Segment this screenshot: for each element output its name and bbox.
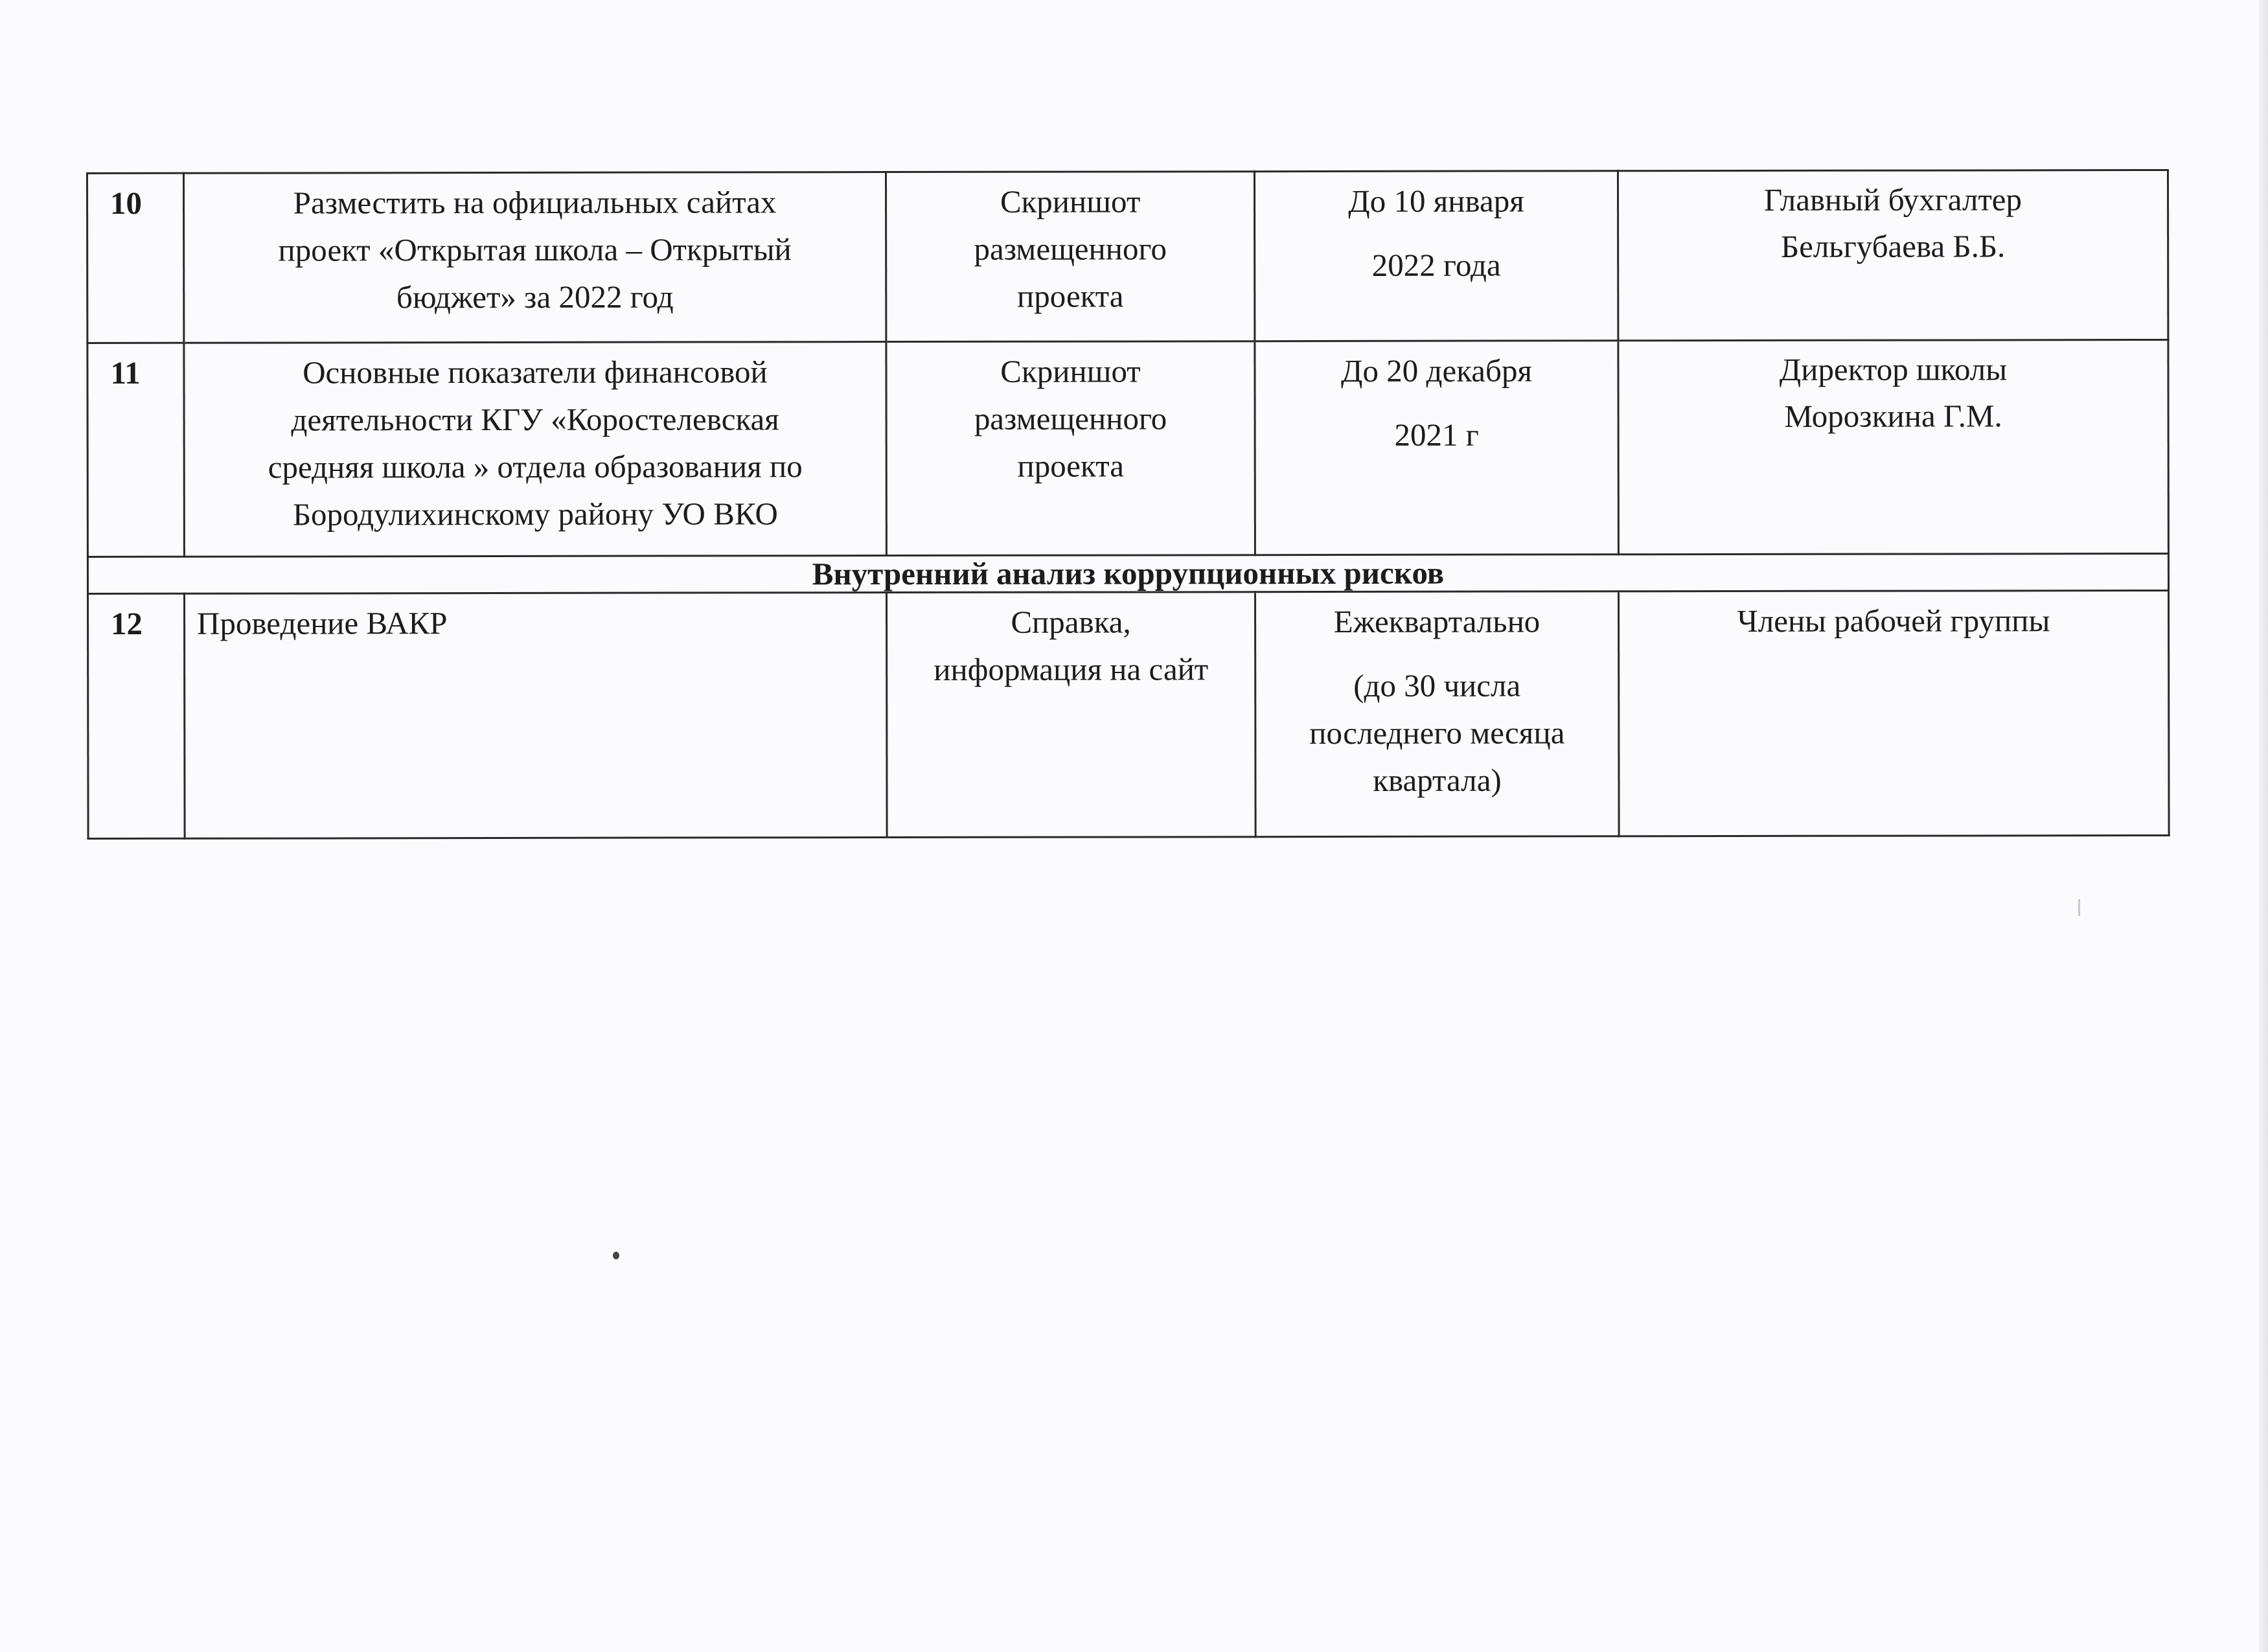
deadline-line: 2022 года <box>1266 241 1607 289</box>
task-line: Бородулихинскому району УО ВКО <box>196 490 875 538</box>
table-row: 12 Проведение ВАКР Справка, информация н… <box>88 590 2170 838</box>
task-line: средняя школа » отдела образования по <box>196 442 875 491</box>
responsible-line: Члены рабочей группы <box>1630 597 2157 645</box>
deadline-line: 2021 г <box>1266 411 1607 459</box>
result-line: Скриншот <box>897 178 1243 225</box>
deadline-line: (до 30 числа <box>1266 661 1607 709</box>
task-cell: Основные показатели финансовой деятельно… <box>184 342 887 557</box>
deadline-cell: До 20 декабря 2021 г <box>1255 341 1619 555</box>
deadline-cell: До 10 января 2022 года <box>1255 171 1618 341</box>
row-number: 12 <box>88 593 185 838</box>
result-line: размещенного <box>898 395 1244 442</box>
responsible-cell: Члены рабочей группы <box>1619 590 2170 836</box>
result-line: проекта <box>898 442 1244 490</box>
task-line: деятельности КГУ «Коростелевская <box>196 395 875 444</box>
deadline-line: Ежеквартально <box>1266 597 1607 645</box>
completion-form-cell: Справка, информация на сайт <box>887 592 1256 838</box>
scan-speck <box>613 1252 619 1259</box>
responsible-line: Морозкина Г.М. <box>1630 393 2157 440</box>
responsible-cell: Директор школы Морозкина Г.М. <box>1618 339 2169 554</box>
responsible-line: Директор школы <box>1629 346 2157 393</box>
deadline-line: квартала) <box>1266 756 1607 804</box>
section-header-row: Внутренний анализ коррупционных рисков <box>87 553 2168 593</box>
task-line: бюджет» за 2022 год <box>195 273 875 321</box>
completion-form-cell: Скриншот размещенного проекта <box>886 341 1255 556</box>
result-line: проекта <box>897 272 1243 320</box>
responsible-cell: Главный бухгалтер Бельгубаева Б.Б. <box>1618 170 2168 340</box>
task-cell: Проведение ВАКР <box>185 593 888 839</box>
responsible-line: Главный бухгалтер <box>1629 176 2157 224</box>
section-title: Внутренний анализ коррупционных рисков <box>87 553 2168 593</box>
table-row: 11 Основные показатели финансовой деятел… <box>87 339 2169 556</box>
deadline-cell: Ежеквартально (до 30 числа последнего ме… <box>1255 591 1620 837</box>
row-number: 11 <box>87 343 185 556</box>
deadline-line: последнего месяца <box>1266 709 1607 757</box>
deadline-line: До 20 декабря <box>1266 347 1607 395</box>
table-row: 10 Разместить на официальных сайтах прое… <box>87 170 2168 343</box>
task-line: Основные показатели финансовой <box>195 348 875 396</box>
responsible-line: Бельгубаева Б.Б. <box>1629 223 2157 270</box>
task-line: проект «Открытая школа – Открытый <box>195 225 875 274</box>
scan-page-edge <box>2259 0 2268 1652</box>
scan-mark <box>2078 899 2080 916</box>
deadline-line: До 10 января <box>1266 177 1607 225</box>
result-line: информация на сайт <box>898 645 1244 693</box>
task-cell: Разместить на официальных сайтах проект … <box>184 172 886 343</box>
result-line: Справка, <box>898 598 1244 646</box>
result-line: Скриншот <box>897 347 1243 395</box>
action-plan-table: 10 Разместить на официальных сайтах прое… <box>86 169 2170 840</box>
task-line: Проведение ВАКР <box>197 599 875 647</box>
row-number: 10 <box>87 173 184 343</box>
document-sheet: 10 Разместить на официальных сайтах прое… <box>86 169 2168 840</box>
completion-form-cell: Скриншот размещенного проекта <box>886 172 1255 342</box>
task-line: Разместить на официальных сайтах <box>195 178 875 227</box>
result-line: размещенного <box>897 225 1243 273</box>
